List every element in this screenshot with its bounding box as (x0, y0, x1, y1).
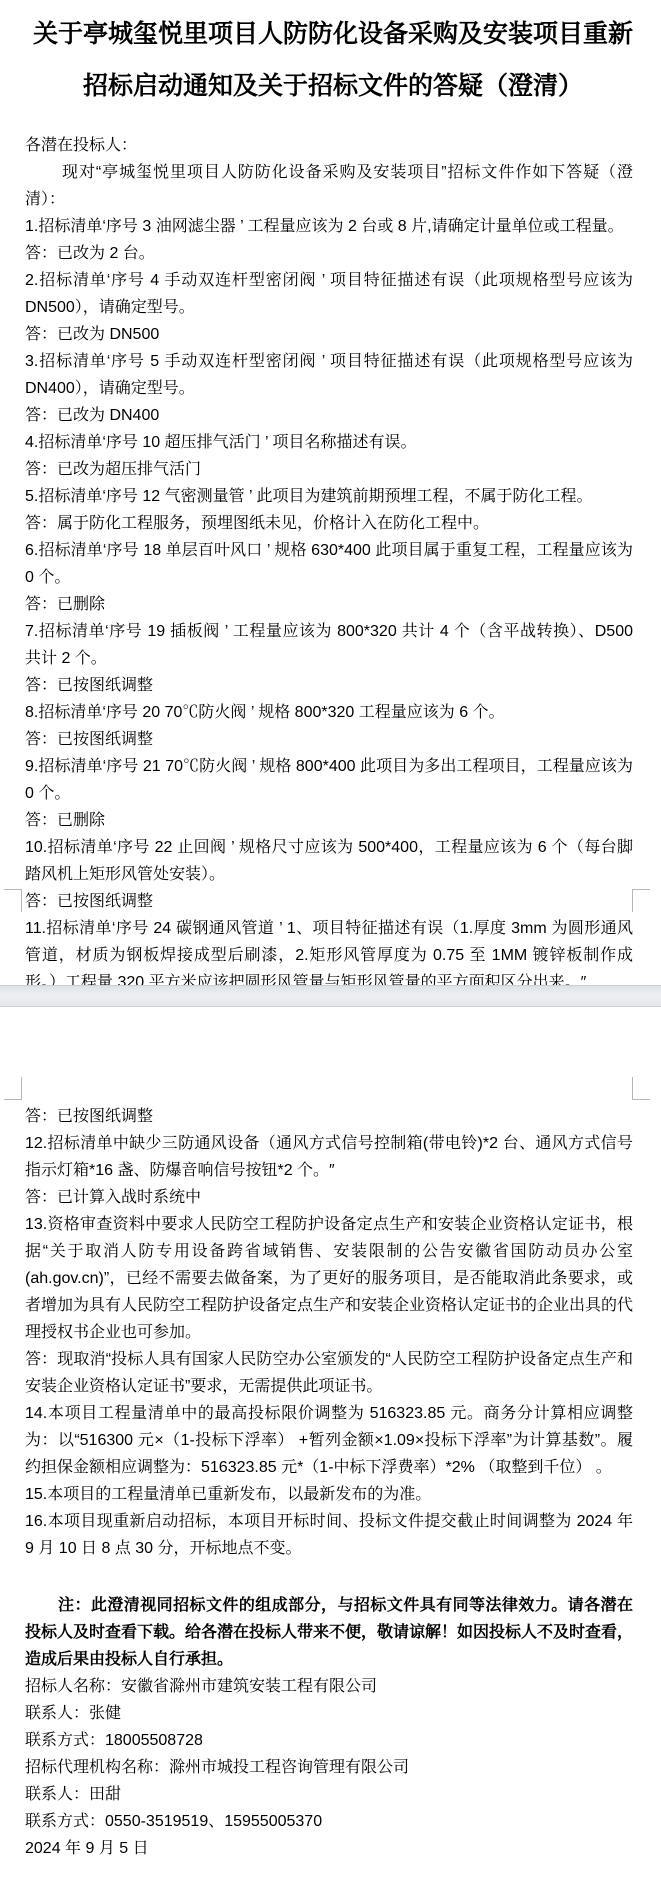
document-title: 关于亭城玺悦里项目人防防化设备采购及安装项目重新招标启动通知及关于招标文件的答疑… (25, 8, 641, 112)
qa-question-5: 5.招标清单‘序号 12 气密测量管 ’ 此项目为建筑前期预埋工程，不属于防化工… (25, 483, 633, 510)
qa-question-1: 1.招标清单‘序号 3 油网滤尘器 ’ 工程量应该为 2 台或 8 片,请确定计… (25, 213, 633, 240)
contact-person-line: 联系人：张健 (25, 1700, 633, 1727)
qa-answer-12: 答：已计算入战时系统中 (25, 1184, 633, 1211)
qa-item-14: 14.本项目工程量清单中的最高投标限价调整为 516323.85 元。商务分计算… (25, 1400, 633, 1481)
qa-answer-7: 答：已按图纸调整 (25, 672, 633, 699)
qa-answer-11: 答：已按图纸调整 (25, 1103, 633, 1130)
qa-answer-13: 答：现取消“投标人具有国家人民防空办公室颁发的“人民防空工程防护设备定点生产和安… (25, 1346, 633, 1400)
text-boundary-mark-bottom-left (4, 889, 22, 912)
agency-person-line: 联系人：田甜 (25, 1781, 633, 1808)
qa-answer-2: 答：已改为 DN500 (25, 321, 633, 348)
document-page-2: 答：已按图纸调整 12.招标清单中缺少三防通风设备（通风方式信号控制箱(带电铃)… (0, 1007, 661, 1882)
clarification-document: 关于亭城玺悦里项目人防防化设备采购及安装项目重新招标启动通知及关于招标文件的答疑… (0, 0, 661, 1882)
text-boundary-mark-top-left (4, 1077, 22, 1100)
qa-question-9: 9.招标清单‘序号 21 70℃防火阀 ’ 规格 800*400 此项目为多出工… (25, 753, 633, 807)
qa-question-12: 12.招标清单中缺少三防通风设备（通风方式信号控制箱(带电铃)*2 台、通风方式… (25, 1130, 633, 1184)
bidder-name-line: 招标人名称：安徽省滁州市建筑安装工程有限公司 (25, 1673, 633, 1700)
date-line: 2024 年 9 月 5 日 (25, 1835, 633, 1862)
qa-question-8: 8.招标清单‘序号 20 70℃防火阀 ’ 规格 800*320 工程量应该为 … (25, 699, 633, 726)
intro-paragraph: 现对“亭城玺悦里项目人防防化设备采购及安装项目”招标文件作如下答疑（澄清）： (25, 159, 633, 213)
qa-answer-1: 答：已改为 2 台。 (25, 240, 633, 267)
agency-name-line: 招标代理机构名称：滁州市城投工程咨询管理有限公司 (25, 1754, 633, 1781)
qa-answer-8: 答：已按图纸调整 (25, 726, 633, 753)
contact-phone-line: 联系方式：18005508728 (25, 1727, 633, 1754)
qa-question-6: 6.招标清单‘序号 18 单层百叶风口 ’ 规格 630*400 此项目属于重复… (25, 537, 633, 591)
qa-answer-9: 答：已删除 (25, 807, 633, 834)
agency-phone-line: 联系方式：0550-3519519、15955005370 (25, 1808, 633, 1835)
page-gap (0, 985, 661, 1007)
qa-question-2: 2.招标清单‘序号 4 手动双连杆型密闭阀 ’ 项目特征描述有误（此项规格型号应… (25, 267, 633, 321)
qa-answer-5: 答：属于防化工程服务，预埋图纸未见，价格计入在防化工程中。 (25, 510, 633, 537)
qa-question-7: 7.招标清单‘序号 19 插板阀 ’ 工程量应该为 800*320 共计 4 个… (25, 618, 633, 672)
salutation: 各潜在投标人： (25, 132, 633, 159)
qa-question-3: 3.招标清单‘序号 5 手动双连杆型密闭阀 ’ 项目特征描述有误（此项规格型号应… (25, 348, 633, 402)
text-boundary-mark-top-right (632, 1077, 650, 1100)
qa-question-4: 4.招标清单‘序号 10 超压排气活门 ’ 项目名称描述有误。 (25, 429, 633, 456)
qa-item-16: 16.本项目现重新启动招标，本项目开标时间、投标文件提交截止时间调整为 2024… (25, 1508, 633, 1562)
qa-answer-10: 答：已按图纸调整 (25, 888, 633, 915)
qa-question-11: 11.招标清单‘序号 24 碳钢通风管道 ’ 1、项目特征描述有误（1.厚度 3… (25, 915, 633, 985)
qa-question-13: 13.资格审查资料中要求人民防空工程防护设备定点生产和安装企业资格认定证书，根据… (25, 1211, 633, 1346)
qa-answer-4: 答：已改为超压排气活门 (25, 456, 633, 483)
document-page-1: 关于亭城玺悦里项目人防防化设备采购及安装项目重新招标启动通知及关于招标文件的答疑… (0, 0, 661, 985)
text-boundary-mark-bottom-right (632, 889, 650, 912)
qa-item-15: 15.本项目的工程量清单已重新发布，以最新发布的为准。 (25, 1481, 633, 1508)
legal-note: 注：此澄清视同招标文件的组成部分，与招标文件具有同等法律效力。请各潜在投标人及时… (25, 1592, 633, 1673)
qa-question-10: 10.招标清单‘序号 22 止回阀 ’ 规格尺寸应该为 500*400，工程量应… (25, 834, 633, 888)
qa-answer-3: 答：已改为 DN400 (25, 402, 633, 429)
qa-answer-6: 答：已删除 (25, 591, 633, 618)
